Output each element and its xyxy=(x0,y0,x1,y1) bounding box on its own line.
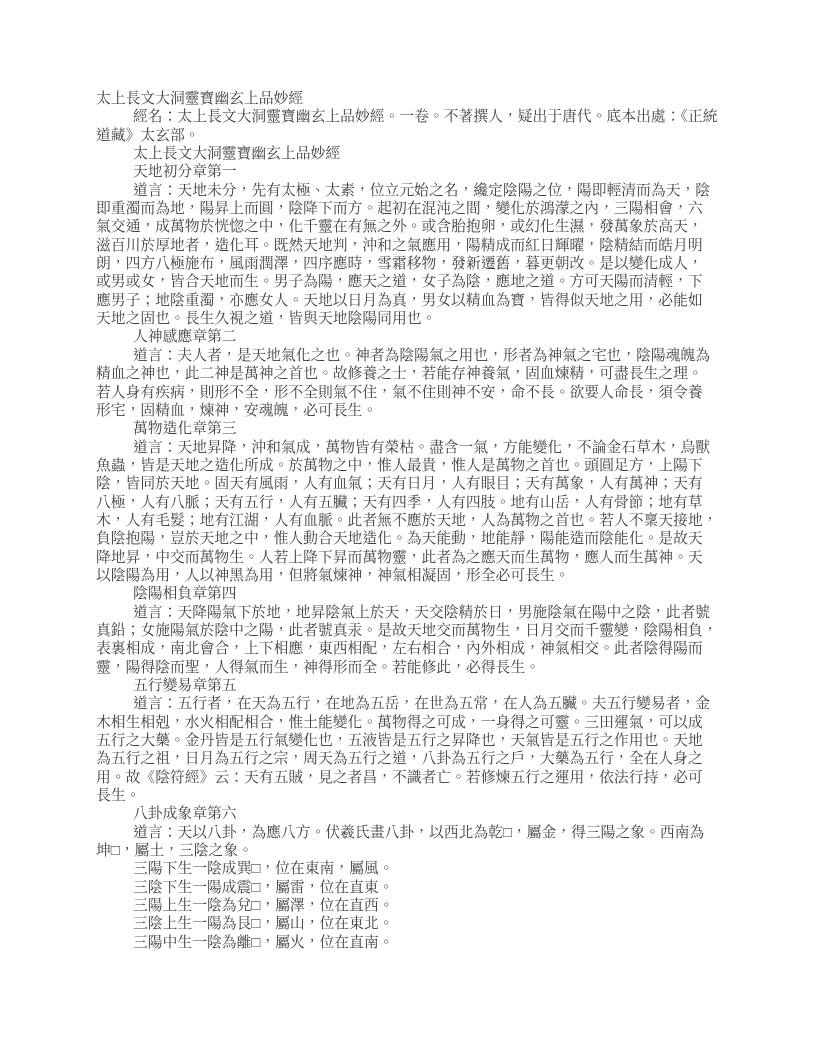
text-line: 道言：夫人者，是天地氣化之也。神者為陰陽氣之用也，形者為神氣之宅也，陰陽魂魄為 xyxy=(96,347,722,365)
text-line: 八卦成象章第六 xyxy=(96,805,722,823)
text-line: 陰，皆同於天地。固天有風雨，人有血氣；天有日月，人有眼目；天有萬象，人有萬神；天… xyxy=(96,475,722,493)
document-page: 太上長文大洞靈寶幽玄上品妙經經名：太上長文大洞靈寶幽玄上品妙經。一卷。不著撰人，… xyxy=(0,0,816,1056)
text-line: 表裏相成，南北會合，上下相應，東西相配，左右相合，內外相成，神氣相交。此者陰得陽… xyxy=(96,640,722,658)
text-line: 應男子；地陰重濁，亦應女人。天地以日月為真，男女以精血為寶，皆得似天地之用，必能… xyxy=(96,292,722,310)
text-line: 三陰上生一陽為艮□，屬山，位在東北。 xyxy=(96,915,722,933)
text-line: 八極，人有八脈；天有五行，人有五臟；天有四季，人有四肢。地有山岳，人有骨節；地有… xyxy=(96,494,722,512)
text-line: 魚蟲，皆是天地之造化所成。於萬物之中，惟人最貴，惟人是萬物之首也。頭圓足方，上陽… xyxy=(96,457,722,475)
text-line: 萬物造化章第三 xyxy=(96,420,722,438)
text-line: 形宅，固精血，煉神，安魂魄，必可長生。 xyxy=(96,402,722,420)
text-line: 真鉛；女施陽氣於陰中之陽，此者號真汞。是故天地交而萬物生，日月交而千靈變，陰陽相… xyxy=(96,622,722,640)
text-line: 三陰下生一陽成震□，屬雷，位在直東。 xyxy=(96,879,722,897)
text-line: 長生。 xyxy=(96,787,722,805)
text-line: 天地初分章第一 xyxy=(96,163,722,181)
text-line: 負陰抱陽，豈於天地之中，惟人動合天地造化。為天能動，地能靜，陽能造而陰能化。是故… xyxy=(96,530,722,548)
text-line: 道言：天地昇降，沖和氣成，萬物皆有榮枯。盡含一氣，方能變化，不論金石草木，烏獸 xyxy=(96,439,722,457)
text-line: 五行變易章第五 xyxy=(96,677,722,695)
text-line: 降地昇，中交而萬物生。人若上降下昇而萬物靈，此者為之應天而生萬物，應人而生萬神。… xyxy=(96,549,722,567)
text-line: 朗，四方八極施布，風雨潤澤，四序應時，雪霜移物，發新遷舊，暮更朝改。是以變化成人… xyxy=(96,255,722,273)
text-line: 經名：太上長文大洞靈寶幽玄上品妙經。一卷。不著撰人，疑出于唐代。底本出處：《正統 xyxy=(96,108,722,126)
text-line: 以陰陽為用，人以神黑為用，但將氣煉神，神氣相凝固，形全必可長生。 xyxy=(96,567,722,585)
text-line: 道言：五行者，在天為五行，在地為五岳，在世為五常，在人為五臟。夫五行變易者，金 xyxy=(96,695,722,713)
text-line: 精血之神也，此二神是萬神之首也。故修養之士，若能存神養氣，固血煉精，可盡長生之理… xyxy=(96,365,722,383)
text-line: 即重濁而為地，陽昇上而圓，陰降下而方。起初在混沌之間，變化於鴻濛之內，三陽相會，… xyxy=(96,200,722,218)
text-line: 太上長文大洞靈寶幽玄上品妙經 xyxy=(96,145,722,163)
text-line: 天地之固也。長生久視之道，皆與天地陰陽同用也。 xyxy=(96,310,722,328)
text-line: 人神感應章第二 xyxy=(96,328,722,346)
text-line: 三陽下生一陰成巽□，位在東南，屬風。 xyxy=(96,860,722,878)
text-line: 太上長文大洞靈寶幽玄上品妙經 xyxy=(96,90,722,108)
text-line: 三陽上生一陰為兌□，屬澤，位在直西。 xyxy=(96,897,722,915)
text-line: 用。故《陰符經》云：天有五賊，見之者昌，不識者亡。若修煉五行之運用，依法行持，必… xyxy=(96,769,722,787)
text-line: 五行之大藥。金丹皆是五行氣變化也，五液皆是五行之昇降也，天氣皆是五行之作用也。天… xyxy=(96,732,722,750)
text-line: 道言：天以八卦，為應八方。伏羲氏畫八卦，以西北為乾□，屬金，得三陽之象。西南為 xyxy=(96,824,722,842)
text-line: 木，人有毛髮；地有江湖，人有血脈。此者無不應於天地，人為萬物之首也。若人不稟天接… xyxy=(96,512,722,530)
text-line: 道言：天降陽氣下於地，地昇陰氣上於天，天交陰精於日，男施陰氣在陽中之陰，此者號 xyxy=(96,604,722,622)
text-line: 或男或女，皆合天地而生。男子為陽，應天之道，女子為陰，應地之道。方可天陽而清輕，… xyxy=(96,273,722,291)
text-line: 三陽中生一陰為離□，屬火，位在直南。 xyxy=(96,934,722,952)
text-line: 坤□，屬土，三陰之象。 xyxy=(96,842,722,860)
text-line: 木相生相剋，水火相配相合，惟土能變化。萬物得之可成，一身得之可靈。三田運氣，可以… xyxy=(96,714,722,732)
text-line: 道言：天地未分，先有太極、太素，位立元始之名，纔定陰陽之位，陽即輕清而為天，陰 xyxy=(96,182,722,200)
text-line: 靈，陽得陰而聖，人得氣而生，神得形而全。若能修此，必得長生。 xyxy=(96,659,722,677)
document-body: 太上長文大洞靈寶幽玄上品妙經經名：太上長文大洞靈寶幽玄上品妙經。一卷。不著撰人，… xyxy=(96,90,722,952)
text-line: 道藏》太玄部。 xyxy=(96,127,722,145)
text-line: 滋百川於厚地者，造化耳。既然天地判，沖和之氣應用，陽精成而紅日輝曜，陰精結而皓月… xyxy=(96,237,722,255)
text-line: 若人身有疾病，則形不全，形不全則氣不住，氣不住則神不安，命不長。欲要人命長，須令… xyxy=(96,384,722,402)
text-line: 為五行之祖，日月為五行之宗，周天為五行之道，八卦為五行之戶，大藥為五行，全在人身… xyxy=(96,750,722,768)
text-line: 陰陽相負章第四 xyxy=(96,585,722,603)
text-line: 氣交通，成萬物於恍惚之中，化千靈在有無之外。或含胎抱卵，或幻化生濕，發萬象於高天… xyxy=(96,218,722,236)
